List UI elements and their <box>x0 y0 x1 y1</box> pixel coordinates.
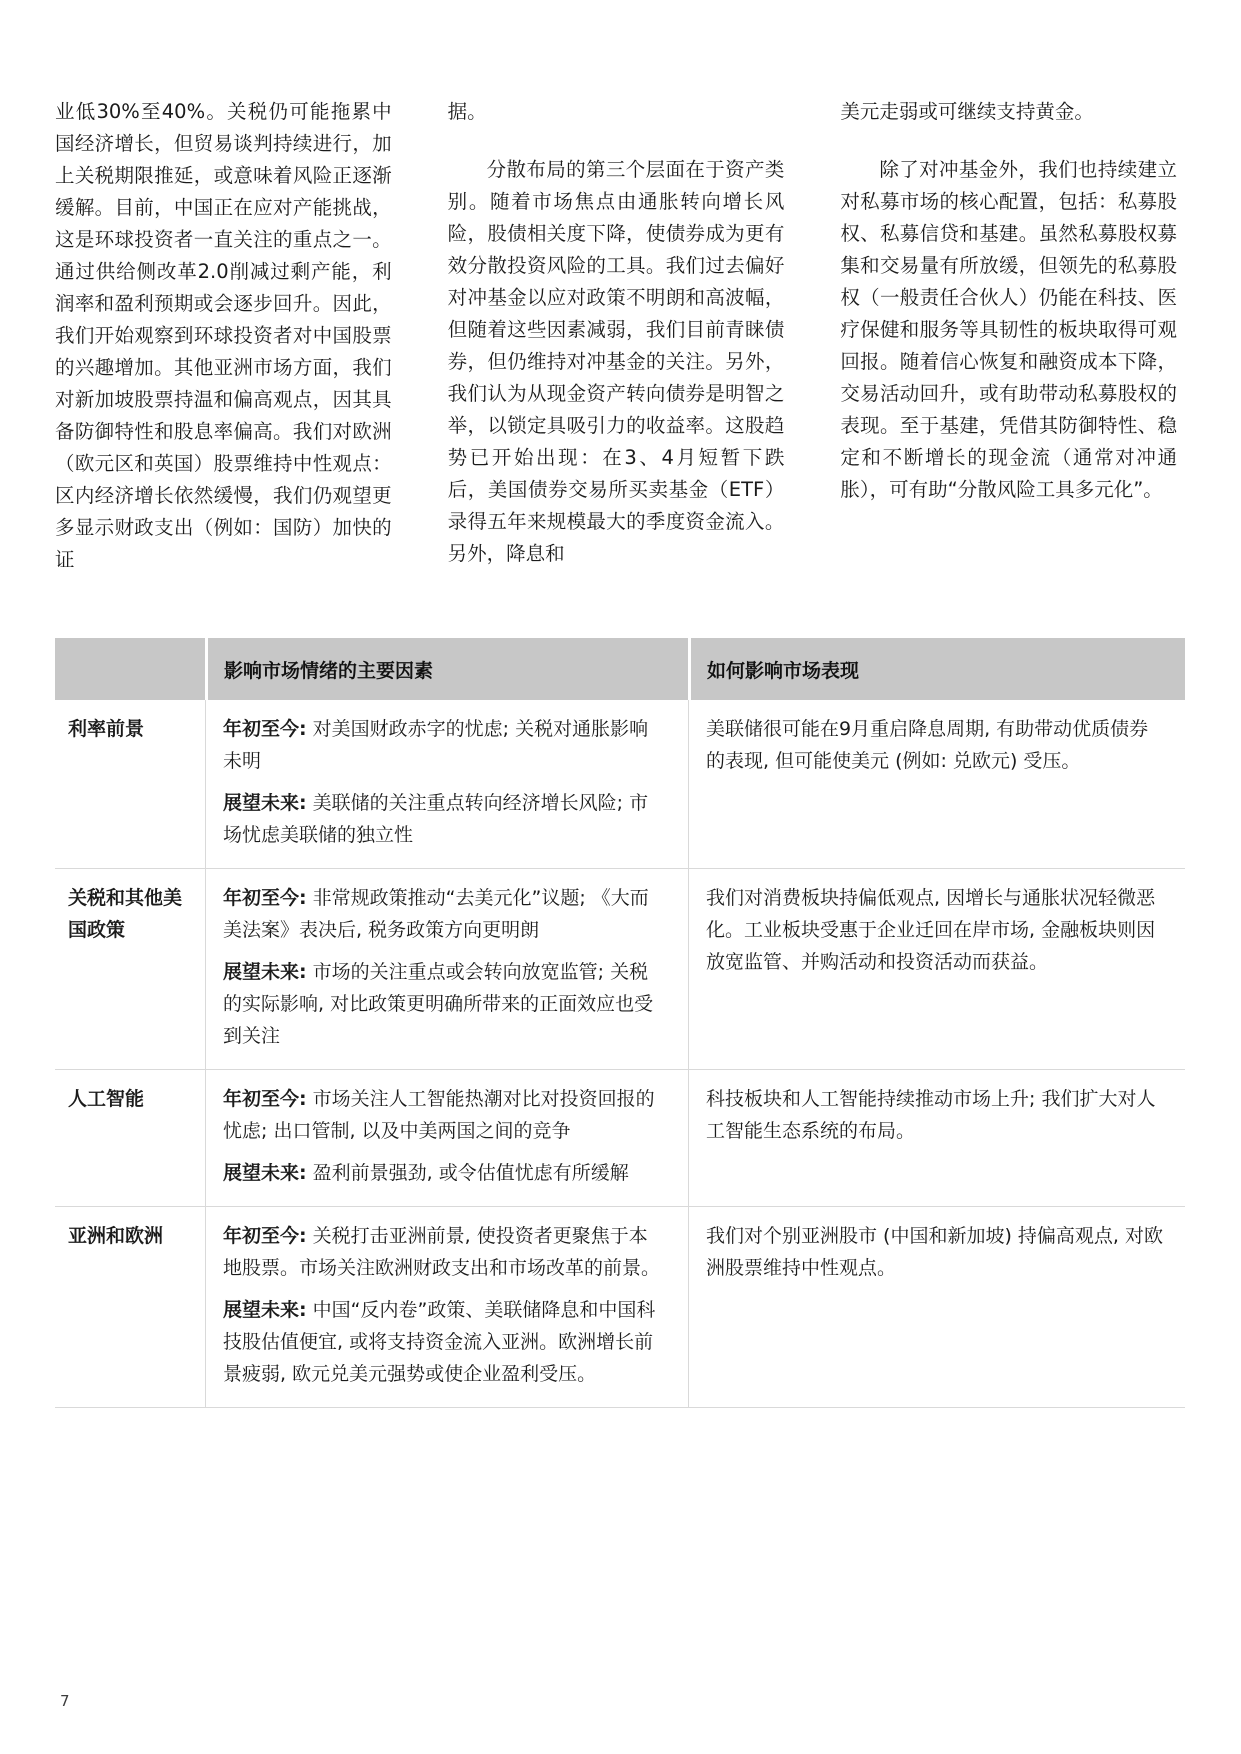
row-impact: 我们对消费板块持偏低观点, 因增长与通胀状况轻微恶化。工业板块受惠于企业迁回在岸… <box>688 869 1185 1069</box>
market-factors-table: 影响市场情绪的主要因素 如何影响市场表现 利率前景 年初至今: 对美国财政赤字的… <box>55 638 1185 1408</box>
article-paragraph: 除了对冲基金外，我们也持续建立对私募市场的核心配置，包括：私募股权、私募信贷和基… <box>840 154 1177 506</box>
factor-ytd: 年初至今: 非常规政策推动“去美元化”议题; 《大而美法案》表决后, 税务政策方… <box>223 882 666 946</box>
row-impact: 我们对个别亚洲股市 (中国和新加坡) 持偏高观点, 对欧洲股票维持中性观点。 <box>688 1207 1185 1407</box>
factor-ytd: 年初至今: 对美国财政赤字的忧虑; 关税对通胀影响未明 <box>223 713 666 777</box>
table-header-topic <box>55 638 205 700</box>
table-row: 利率前景 年初至今: 对美国财政赤字的忧虑; 关税对通胀影响未明 展望未来: 美… <box>55 700 1185 868</box>
row-topic: 人工智能 <box>55 1070 205 1206</box>
factor-text: 盈利前景强劲, 或令估值忧虑有所缓解 <box>307 1162 629 1184</box>
factor-outlook: 展望未来: 盈利前景强劲, 或令估值忧虑有所缓解 <box>223 1157 666 1189</box>
factor-label: 展望未来: <box>223 1162 307 1184</box>
row-impact: 科技板块和人工智能持续推动市场上升; 我们扩大对人工智能生态系统的布局。 <box>688 1070 1185 1206</box>
factor-label: 展望未来: <box>223 792 307 814</box>
factor-outlook: 展望未来: 中国“反内卷”政策、美联储降息和中国科技股估值便宜, 或将支持资金流… <box>223 1294 666 1390</box>
article-paragraph: 据。 <box>448 96 785 128</box>
table-header-row: 影响市场情绪的主要因素 如何影响市场表现 <box>55 638 1185 700</box>
table-row: 亚洲和欧洲 年初至今: 关税打击亚洲前景, 使投资者更聚焦于本地股票。市场关注欧… <box>55 1206 1185 1407</box>
article-column-2: 据。 分散布局的第三个层面在于资产类别。随着市场焦点由通胀转向增长风险，股债相关… <box>448 96 785 576</box>
factor-label: 展望未来: <box>223 961 307 983</box>
table-header-impact: 如何影响市场表现 <box>688 638 1185 700</box>
factor-outlook: 展望未来: 市场的关注重点或会转向放宽监管; 关税的实际影响, 对比政策更明确所… <box>223 956 666 1052</box>
row-topic: 关税和其他美国政策 <box>55 869 205 1069</box>
row-factors: 年初至今: 市场关注人工智能热潮对比对投资回报的忧虑; 出口管制, 以及中美两国… <box>205 1070 688 1206</box>
factor-label: 年初至今: <box>223 887 307 909</box>
article-paragraph: 美元走弱或可继续支持黄金。 <box>840 96 1177 128</box>
factor-label: 年初至今: <box>223 1225 307 1247</box>
table-body: 利率前景 年初至今: 对美国财政赤字的忧虑; 关税对通胀影响未明 展望未来: 美… <box>55 700 1185 1408</box>
document-page: 业低30%至40%。关税仍可能拖累中国经济增长，但贸易谈判持续进行，加上关税期限… <box>0 0 1241 1754</box>
table-row: 人工智能 年初至今: 市场关注人工智能热潮对比对投资回报的忧虑; 出口管制, 以… <box>55 1069 1185 1206</box>
row-factors: 年初至今: 非常规政策推动“去美元化”议题; 《大而美法案》表决后, 税务政策方… <box>205 869 688 1069</box>
factor-label: 展望未来: <box>223 1299 307 1321</box>
factor-label: 年初至今: <box>223 718 307 740</box>
article-column-3: 美元走弱或可继续支持黄金。 除了对冲基金外，我们也持续建立对私募市场的核心配置，… <box>840 96 1177 576</box>
row-factors: 年初至今: 关税打击亚洲前景, 使投资者更聚焦于本地股票。市场关注欧洲财政支出和… <box>205 1207 688 1407</box>
factor-outlook: 展望未来: 美联储的关注重点转向经济增长风险; 市场忧虑美联储的独立性 <box>223 787 666 851</box>
article-paragraph: 分散布局的第三个层面在于资产类别。随着市场焦点由通胀转向增长风险，股债相关度下降… <box>448 154 785 570</box>
factor-label: 年初至今: <box>223 1088 307 1110</box>
article: 业低30%至40%。关税仍可能拖累中国经济增长，但贸易谈判持续进行，加上关税期限… <box>55 96 1177 576</box>
factor-ytd: 年初至今: 关税打击亚洲前景, 使投资者更聚焦于本地股票。市场关注欧洲财政支出和… <box>223 1220 666 1284</box>
table-header-factors: 影响市场情绪的主要因素 <box>205 638 688 700</box>
row-factors: 年初至今: 对美国财政赤字的忧虑; 关税对通胀影响未明 展望未来: 美联储的关注… <box>205 700 688 868</box>
row-topic: 利率前景 <box>55 700 205 868</box>
row-impact: 美联储很可能在9月重启降息周期, 有助带动优质债券的表现, 但可能使美元 (例如… <box>688 700 1185 868</box>
factor-ytd: 年初至今: 市场关注人工智能热潮对比对投资回报的忧虑; 出口管制, 以及中美两国… <box>223 1083 666 1147</box>
row-topic: 亚洲和欧洲 <box>55 1207 205 1407</box>
article-paragraph: 业低30%至40%。关税仍可能拖累中国经济增长，但贸易谈判持续进行，加上关税期限… <box>55 96 392 576</box>
table-row: 关税和其他美国政策 年初至今: 非常规政策推动“去美元化”议题; 《大而美法案》… <box>55 868 1185 1069</box>
article-column-1: 业低30%至40%。关税仍可能拖累中国经济增长，但贸易谈判持续进行，加上关税期限… <box>55 96 392 576</box>
page-number: 7 <box>60 1692 70 1710</box>
